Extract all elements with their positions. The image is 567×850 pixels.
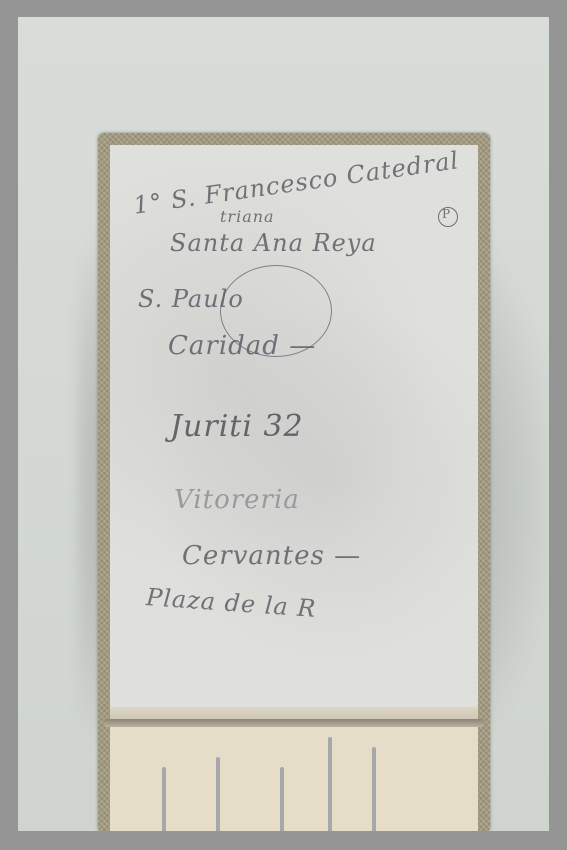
note-line-3: Santa Ana Reya [170, 229, 377, 257]
note-line-5: Caridad — [168, 331, 316, 361]
note-line-1: 1° S. Francesco Catedral [132, 146, 461, 219]
notebook-page-lower [110, 727, 478, 831]
sketch-stroke [216, 757, 220, 831]
sketch-stroke [372, 747, 376, 831]
page-mark: P [442, 207, 451, 221]
page-fold [104, 719, 484, 727]
note-line-4: S. Paulo [138, 285, 244, 313]
page-edge [110, 707, 478, 719]
sketch-stroke [328, 737, 332, 831]
sketch-stroke [280, 767, 284, 831]
notebook-page-upper: 1° S. Francesco Catedral triana Santa An… [110, 145, 478, 707]
sketch-stroke [162, 767, 166, 831]
note-line-6: Juriti 32 [170, 409, 304, 444]
photo-frame: 1° S. Francesco Catedral triana Santa An… [18, 17, 549, 831]
note-line-9: Plaza de la R [145, 583, 317, 623]
note-line-7: Vitoreria [174, 485, 300, 515]
note-line-8: Cervantes — [182, 541, 361, 571]
note-line-2: triana [220, 207, 275, 226]
sketchbook: 1° S. Francesco Catedral triana Santa An… [98, 133, 490, 831]
